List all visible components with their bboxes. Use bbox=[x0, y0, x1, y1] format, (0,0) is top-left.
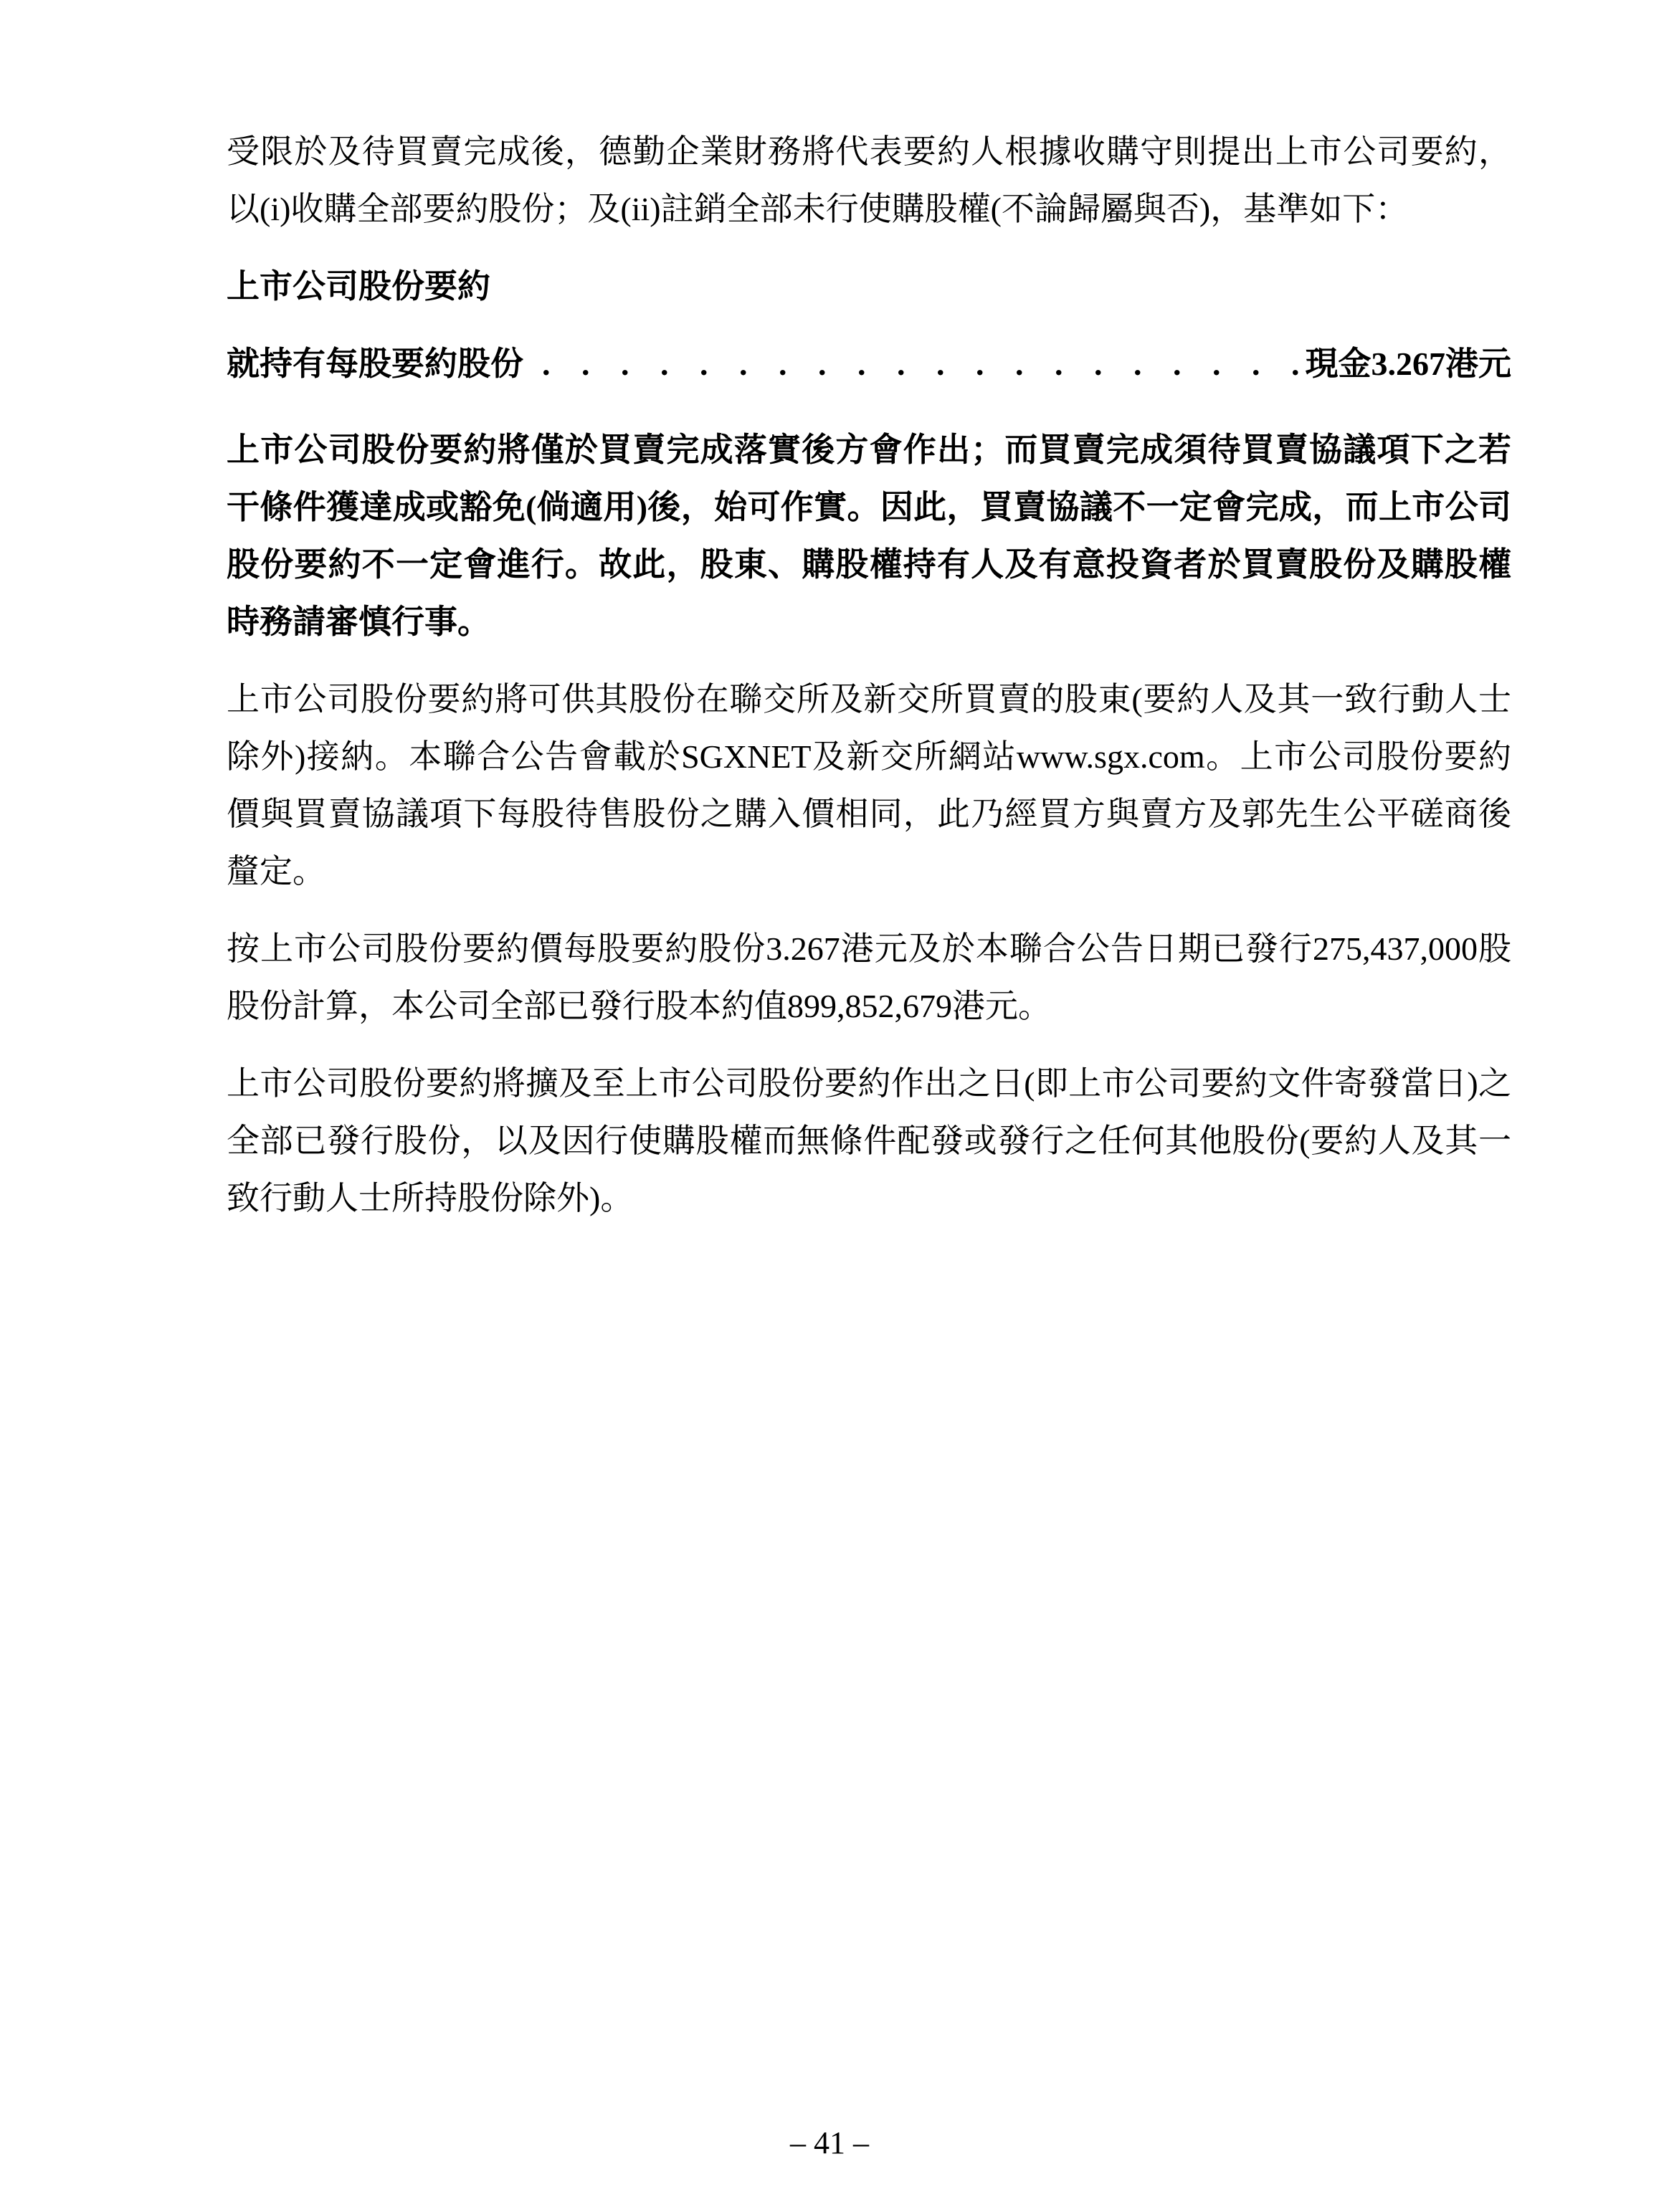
document-page: 受限於及待買賣完成後，德勤企業財務將代表要約人根據收購守則提出上市公司要約，以(… bbox=[0, 0, 1659, 2212]
paragraph-acceptance: 上市公司股份要約將可供其股份在聯交所及新交所買賣的股東(要約人及其一致行動人士除… bbox=[227, 671, 1511, 900]
paragraph-warning: 上市公司股份要約將僅於買賣完成落實後方會作出；而買賣完成須待買賣協議項下之若干條… bbox=[227, 421, 1511, 651]
offer-price-value: 現金3.267港元 bbox=[1306, 335, 1512, 393]
paragraph-share-capital-valuation: 按上市公司股份要約價每股要約股份3.267港元及於本聯合公告日期已發行275,4… bbox=[227, 920, 1511, 1035]
dot-leader: . . . . . . . . . . . . . . . . . . . . … bbox=[523, 335, 1306, 393]
page-number: – 41 – bbox=[790, 2125, 869, 2160]
page-content: 受限於及待買賣完成後，德勤企業財務將代表要約人根據收購守則提出上市公司要約，以(… bbox=[227, 123, 1511, 1247]
offer-price-row: 就持有每股要約股份 . . . . . . . . . . . . . . . … bbox=[227, 335, 1511, 393]
paragraph-intro: 受限於及待買賣完成後，德勤企業財務將代表要約人根據收購守則提出上市公司要約，以(… bbox=[227, 123, 1511, 238]
offer-price-label: 就持有每股要約股份 bbox=[227, 335, 523, 393]
section-heading-listco-share-offer: 上市公司股份要約 bbox=[227, 258, 1511, 315]
page-footer: – 41 – bbox=[0, 2127, 1659, 2159]
paragraph-offer-extension: 上市公司股份要約將擴及至上市公司股份要約作出之日(即上市公司要約文件寄發當日)之… bbox=[227, 1055, 1511, 1227]
